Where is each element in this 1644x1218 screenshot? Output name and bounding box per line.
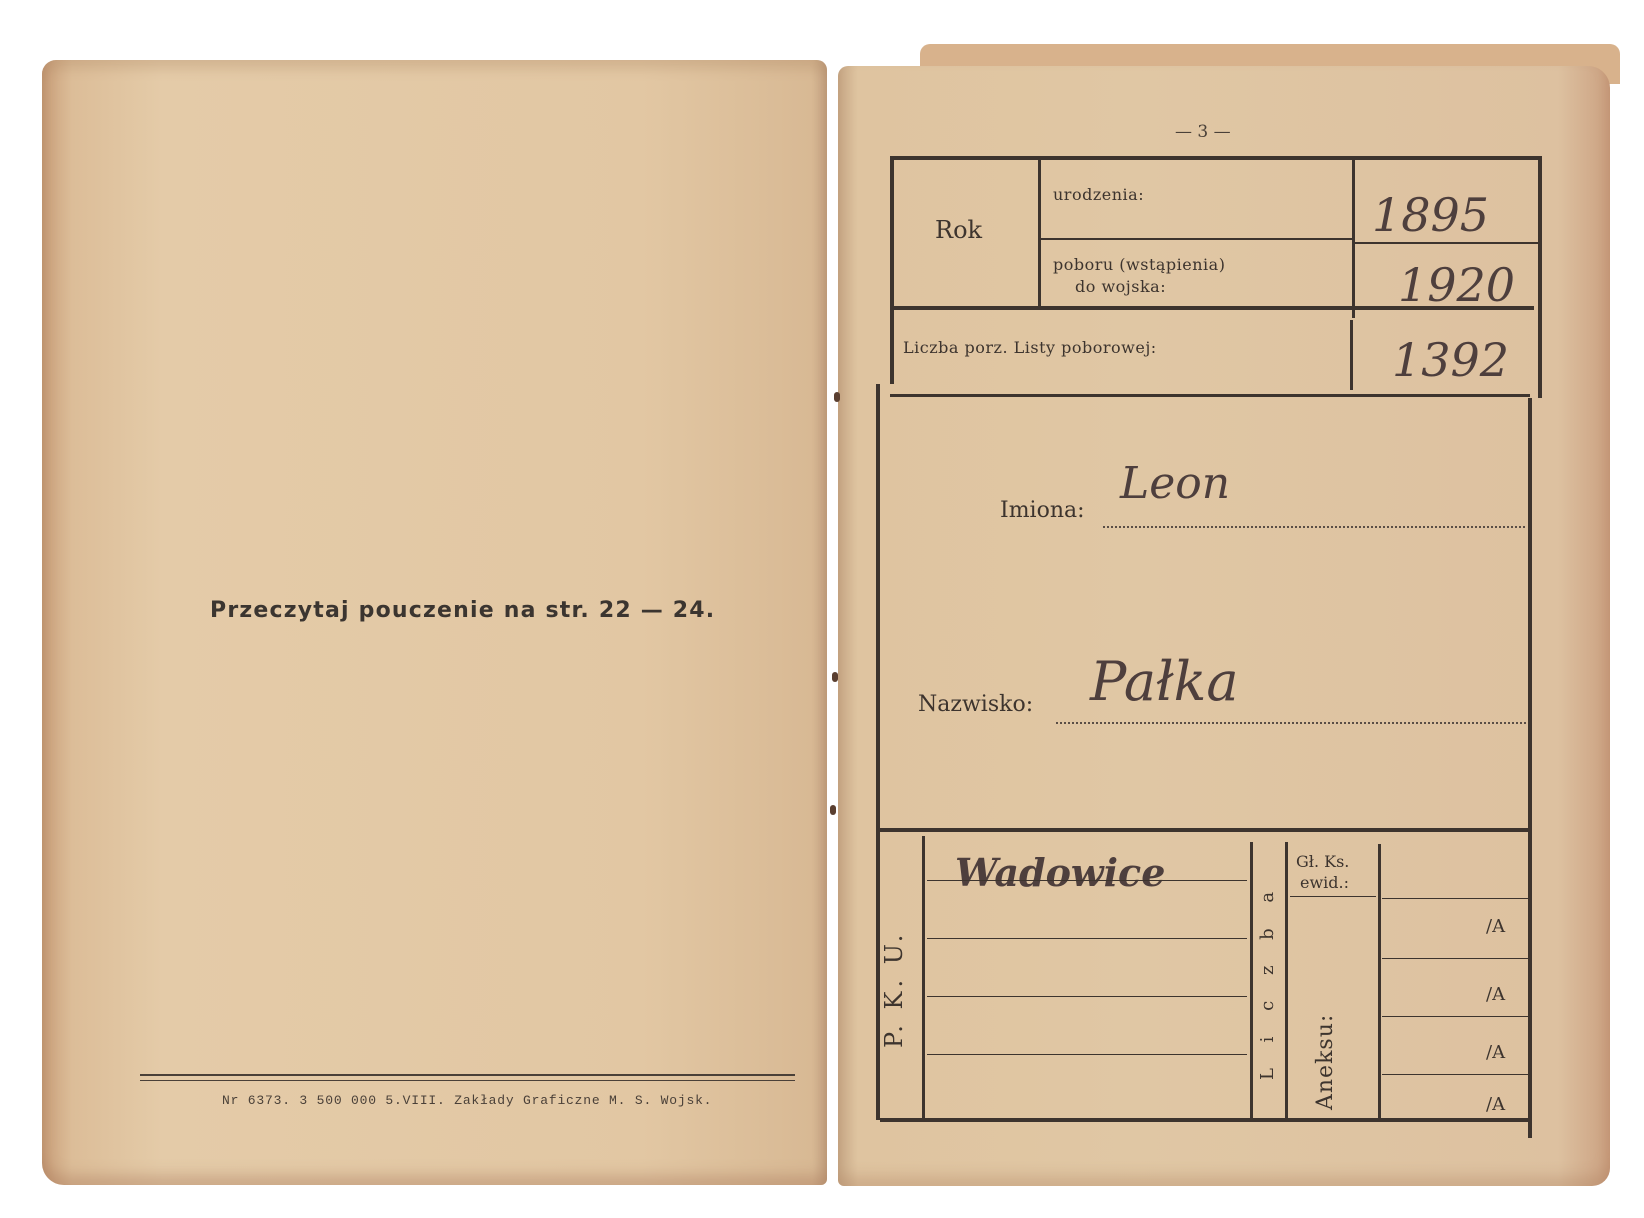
annex-rule-3 <box>1382 1016 1528 1017</box>
conscription-year-value: 1920 <box>1398 258 1515 312</box>
imiona-label: Imiona: <box>1000 498 1085 523</box>
pku-top-rule <box>880 828 1530 832</box>
annex-rule-2 <box>1382 958 1528 959</box>
value-column-divider <box>1352 158 1355 318</box>
nazwisko-label: Nazwisko: <box>918 692 1033 717</box>
rok-divider <box>1038 158 1041 308</box>
liczba-porz-label: Liczba porz. Listy poborowej: <box>903 338 1157 357</box>
rok-label: Rok <box>935 216 982 244</box>
liczba-divider <box>1350 320 1353 390</box>
list-number-value: 1392 <box>1392 333 1509 387</box>
gl-ks-label: Gł. Ks. <box>1296 852 1349 871</box>
rok-row-separator <box>1041 238 1352 240</box>
pku-line-1 <box>927 880 1247 881</box>
read-instructions-notice: Przeczytaj pouczenie na str. 22 — 24. <box>210 598 715 623</box>
annex-slot: /A <box>1486 916 1505 937</box>
liczba-top-rule <box>894 306 1534 310</box>
first-name-value: Leon <box>1120 458 1230 509</box>
liczba-col-right <box>1285 842 1288 1118</box>
gl-ks-rule <box>1290 896 1376 897</box>
form-frame-right-upper <box>1538 158 1542 398</box>
urodzenia-label: urodzenia: <box>1053 185 1144 204</box>
pku-line-2 <box>927 938 1247 939</box>
annex-rule-4 <box>1382 1074 1528 1075</box>
annex-slot: /A <box>1486 984 1505 1005</box>
aneksu-col-right <box>1378 844 1381 1118</box>
form-frame-right-lower <box>1528 398 1532 1138</box>
imprint-rule-bottom <box>140 1080 795 1081</box>
birth-year-value: 1895 <box>1372 188 1489 242</box>
do-wojska-label: do wojska: <box>1075 277 1166 296</box>
annex-slot: /A <box>1486 1042 1505 1063</box>
pku-value: Wadowice <box>955 850 1165 895</box>
page-number: — 3 — <box>1175 122 1231 142</box>
form-frame-left-upper <box>890 156 894 384</box>
pku-label-divider <box>922 836 925 1118</box>
binding-staple <box>832 672 838 682</box>
ewid-label: ewid.: <box>1300 873 1349 892</box>
rok-value-separator <box>1355 242 1538 244</box>
surname-value: Pałka <box>1090 650 1239 713</box>
liczba-bottom-rule <box>890 394 1530 397</box>
binding-staple <box>830 805 836 815</box>
annex-rule-1 <box>1382 898 1528 899</box>
imprint-rule-top <box>140 1074 795 1076</box>
liczba-vertical-label: L i c z b a <box>1257 882 1278 1080</box>
form-frame-top <box>890 156 1542 160</box>
liczba-col-left <box>1250 842 1253 1118</box>
aneksu-label: Aneksu: <box>1313 1014 1338 1110</box>
pku-label: P. K. U. <box>880 931 908 1048</box>
pku-line-4 <box>927 1054 1247 1055</box>
form-frame-bottom <box>880 1118 1530 1122</box>
pku-line-3 <box>927 996 1247 997</box>
annex-slot: /A <box>1486 1094 1505 1115</box>
nazwisko-dotted-line <box>1056 722 1526 724</box>
binding-staple <box>834 392 840 402</box>
imiona-dotted-line <box>1103 526 1525 528</box>
poboru-label: poboru (wstąpienia) <box>1053 255 1225 274</box>
printer-imprint: Nr 6373. 3 500 000 5.VIII. Zakłady Grafi… <box>222 1093 712 1108</box>
